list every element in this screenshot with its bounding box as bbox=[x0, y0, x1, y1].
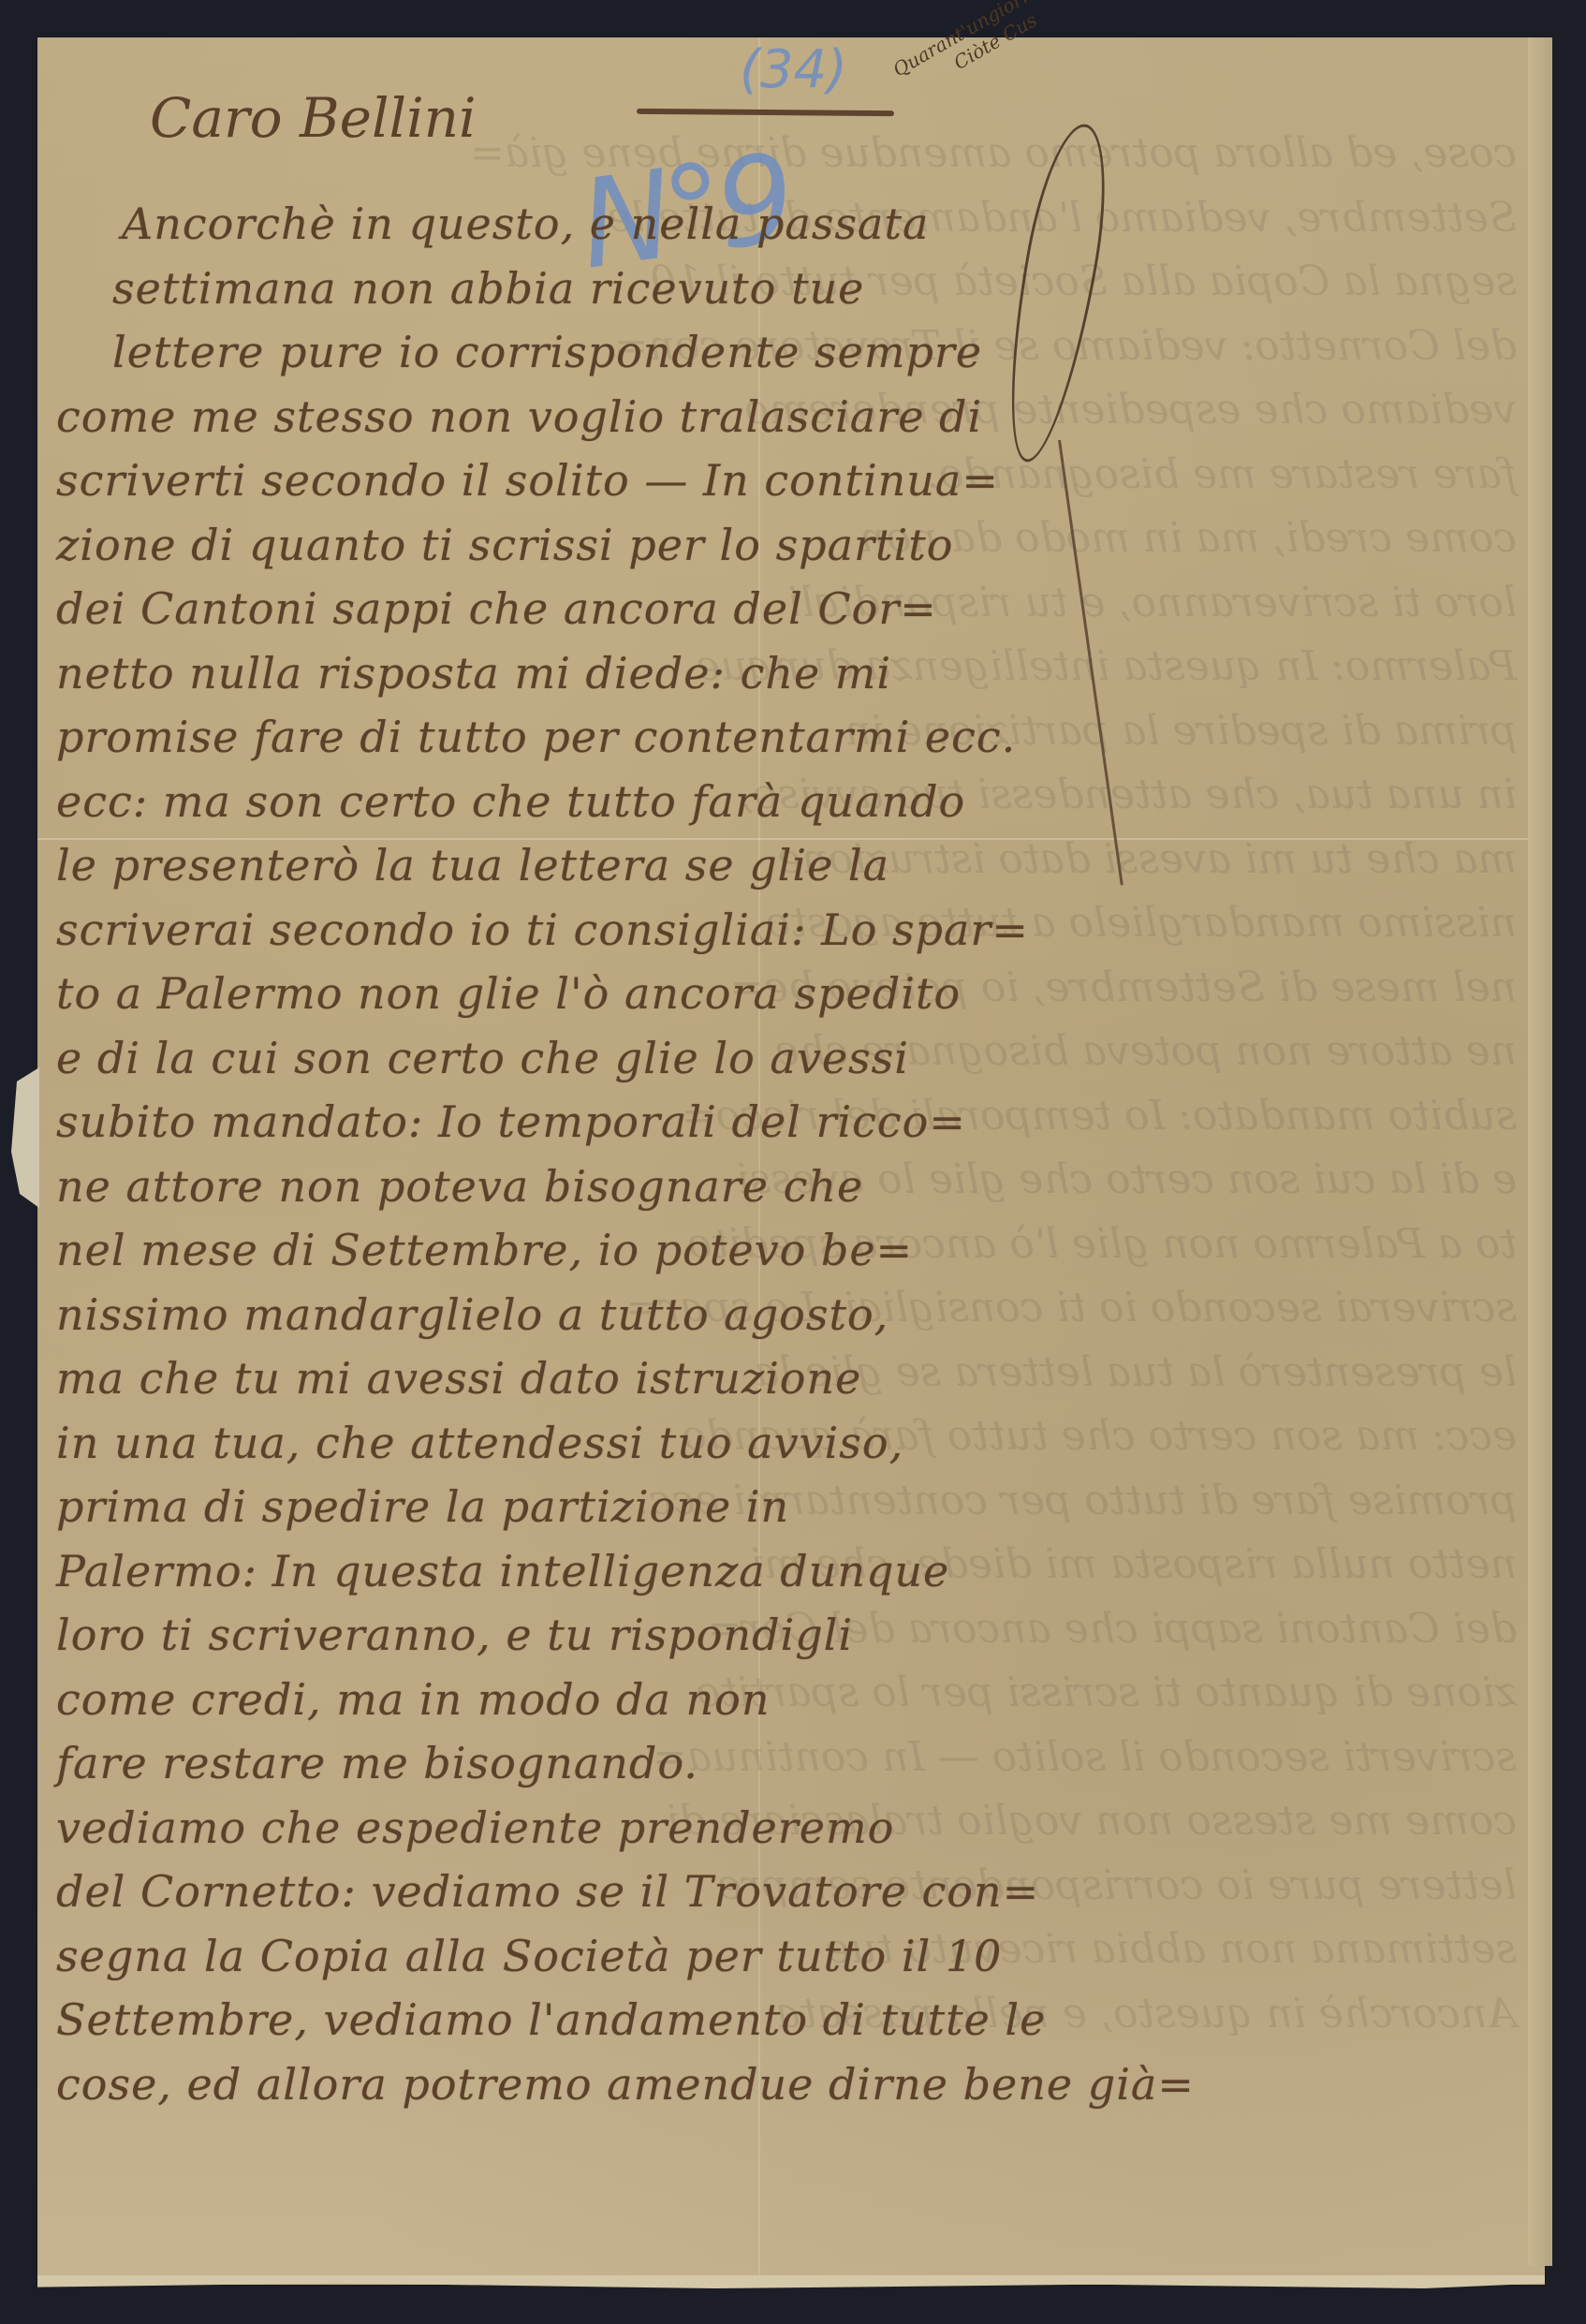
letter-line: to a Palermo non glie l'ò ancora spedito bbox=[56, 962, 1517, 1026]
letter-line: vediamo che espediente prenderemo bbox=[56, 1796, 1517, 1861]
letter-line: settimana non abbia ricevuto tue bbox=[56, 257, 1517, 321]
letter-line: Ancorchè in questo, e nella passata bbox=[56, 192, 1517, 257]
letter-line: promise fare di tutto per contentarmi ec… bbox=[56, 705, 1517, 770]
letter-line: nel mese di Settembre, io potevo be= bbox=[56, 1218, 1517, 1283]
letter-line: nissimo mandarglielo a tutto agosto, bbox=[56, 1283, 1517, 1347]
paper-torn-tab bbox=[11, 1067, 39, 1208]
letter-line: del Cornetto: vediamo se il Trovatore co… bbox=[56, 1860, 1517, 1924]
letter-line: loro ti scriveranno, e tu rispondigli bbox=[56, 1603, 1517, 1668]
letter-line: netto nulla risposta mi diede: che mi bbox=[56, 641, 1517, 706]
letter-line: scriverti secondo il solito — In continu… bbox=[56, 449, 1517, 513]
letter-line: ma che tu mi avessi dato istruzione bbox=[56, 1346, 1517, 1411]
letter-line: Settembre, vediamo l'andamento di tutte … bbox=[56, 1988, 1517, 2052]
letter-line: zione di quanto ti scrissi per lo sparti… bbox=[56, 513, 1517, 578]
letter-line: le presenterò la tua lettera se glie la bbox=[56, 833, 1517, 898]
letter-line: ecc: ma son certo che tutto farà quando bbox=[56, 770, 1517, 834]
letter-line: prima di spedire la partizione in bbox=[56, 1475, 1517, 1539]
letter-line: Palermo: In questa intelligenza dunque bbox=[56, 1539, 1517, 1604]
letter-line: cose, ed allora potremo amendue dirne be… bbox=[56, 2052, 1517, 2117]
archival-page-number: (34) bbox=[740, 39, 847, 100]
paper-folded-edge bbox=[1528, 37, 1552, 2266]
letter-body: Ancorchè in questo, e nella passata sett… bbox=[56, 192, 1517, 2116]
letter-line: ne attore non poteva bisognare che bbox=[56, 1155, 1517, 1219]
letter-line: segna la Copia alla Società per tutto il… bbox=[56, 1924, 1517, 1989]
letter-line: e di la cui son certo che glie lo avessi bbox=[56, 1026, 1517, 1091]
letter-line: in una tua, che attendessi tuo avviso, bbox=[56, 1411, 1517, 1476]
letter-line: fare restare me bisognando. bbox=[56, 1731, 1517, 1796]
letter-line: dei Cantoni sappi che ancora del Cor= bbox=[56, 577, 1517, 641]
letter-line: come me stesso non voglio tralasciare di bbox=[56, 385, 1517, 449]
letter-line: scriverai secondo io ti consigliai: Lo s… bbox=[56, 898, 1517, 963]
letter-line: come credi, ma in modo da non bbox=[56, 1668, 1517, 1732]
letter-line: lettere pure io corrispondente sempre bbox=[56, 320, 1517, 385]
letter-line: subito mandato: Io temporali del ricco= bbox=[56, 1090, 1517, 1155]
paper-torn-bottom-edge bbox=[37, 2275, 1545, 2288]
salutation: Caro Bellini bbox=[150, 86, 477, 150]
